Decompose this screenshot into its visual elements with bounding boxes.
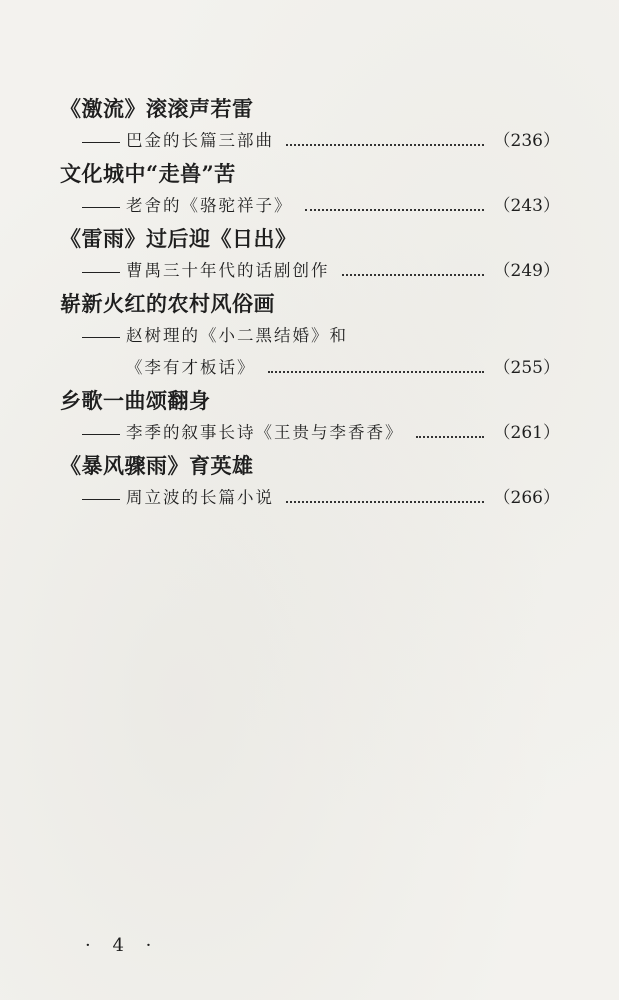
entry-subtitle-line: 赵树理的《小二黑结婚》和 xyxy=(60,320,560,352)
dot-leader xyxy=(286,482,484,514)
page-number: （261） xyxy=(494,417,560,449)
entry-subtitle: 周立波的长篇小说 xyxy=(126,482,274,514)
em-dash xyxy=(82,499,120,500)
entry-title: 乡歌一曲颂翻身 xyxy=(60,384,560,417)
entry-title: 《雷雨》过后迎《日出》 xyxy=(60,222,560,255)
toc-entry: 文化城中“走兽”苦 老舍的《骆驼祥子》 （243） xyxy=(60,157,560,222)
dot-leader xyxy=(268,352,484,384)
page-number: （266） xyxy=(494,482,560,514)
toc-entry: 崭新火红的农村风俗画 赵树理的《小二黑结婚》和 《李有才板话》 （255） xyxy=(60,287,560,384)
entry-title: 文化城中“走兽”苦 xyxy=(60,157,560,190)
dot-leader xyxy=(416,417,484,449)
em-dash xyxy=(82,142,120,143)
entry-title: 《激流》滚滚声若雷 xyxy=(60,92,560,125)
entry-subtitle-line: 周立波的长篇小说 （266） xyxy=(60,482,560,514)
entry-title: 《暴风骤雨》育英雄 xyxy=(60,449,560,482)
page-number: （236） xyxy=(494,125,560,157)
em-dash xyxy=(82,207,120,208)
dot-leader xyxy=(305,190,484,222)
em-dash xyxy=(82,272,120,273)
dot-leader xyxy=(286,125,484,157)
toc-entry: 乡歌一曲颂翻身 李季的叙事长诗《王贵与李香香》 （261） xyxy=(60,384,560,449)
entry-subtitle-line: 巴金的长篇三部曲 （236） xyxy=(60,125,560,157)
entry-subtitle-continued: 《李有才板话》 xyxy=(126,352,256,384)
dot-leader xyxy=(342,255,484,287)
page-number: （255） xyxy=(494,352,560,384)
page-footer-number: · 4 · xyxy=(85,935,159,956)
table-of-contents: 《激流》滚滚声若雷 巴金的长篇三部曲 （236） 文化城中“走兽”苦 老舍的《骆… xyxy=(60,92,560,514)
book-page: 《激流》滚滚声若雷 巴金的长篇三部曲 （236） 文化城中“走兽”苦 老舍的《骆… xyxy=(0,0,619,1000)
entry-subtitle-line: 李季的叙事长诗《王贵与李香香》 （261） xyxy=(60,417,560,449)
entry-subtitle-line: 曹禺三十年代的话剧创作 （249） xyxy=(60,255,560,287)
toc-entry: 《激流》滚滚声若雷 巴金的长篇三部曲 （236） xyxy=(60,92,560,157)
toc-entry: 《雷雨》过后迎《日出》 曹禺三十年代的话剧创作 （249） xyxy=(60,222,560,287)
em-dash xyxy=(82,434,120,435)
page-number: （243） xyxy=(494,190,560,222)
entry-subtitle: 赵树理的《小二黑结婚》和 xyxy=(126,320,348,352)
entry-subtitle: 李季的叙事长诗《王贵与李香香》 xyxy=(126,417,404,449)
page-number: （249） xyxy=(494,255,560,287)
toc-entry: 《暴风骤雨》育英雄 周立波的长篇小说 （266） xyxy=(60,449,560,514)
entry-subtitle-line: 《李有才板话》 （255） xyxy=(60,352,560,384)
entry-subtitle: 曹禺三十年代的话剧创作 xyxy=(126,255,330,287)
entry-subtitle-line: 老舍的《骆驼祥子》 （243） xyxy=(60,190,560,222)
em-dash xyxy=(82,337,120,338)
entry-title: 崭新火红的农村风俗画 xyxy=(60,287,560,320)
entry-subtitle: 巴金的长篇三部曲 xyxy=(126,125,274,157)
entry-subtitle: 老舍的《骆驼祥子》 xyxy=(126,190,293,222)
